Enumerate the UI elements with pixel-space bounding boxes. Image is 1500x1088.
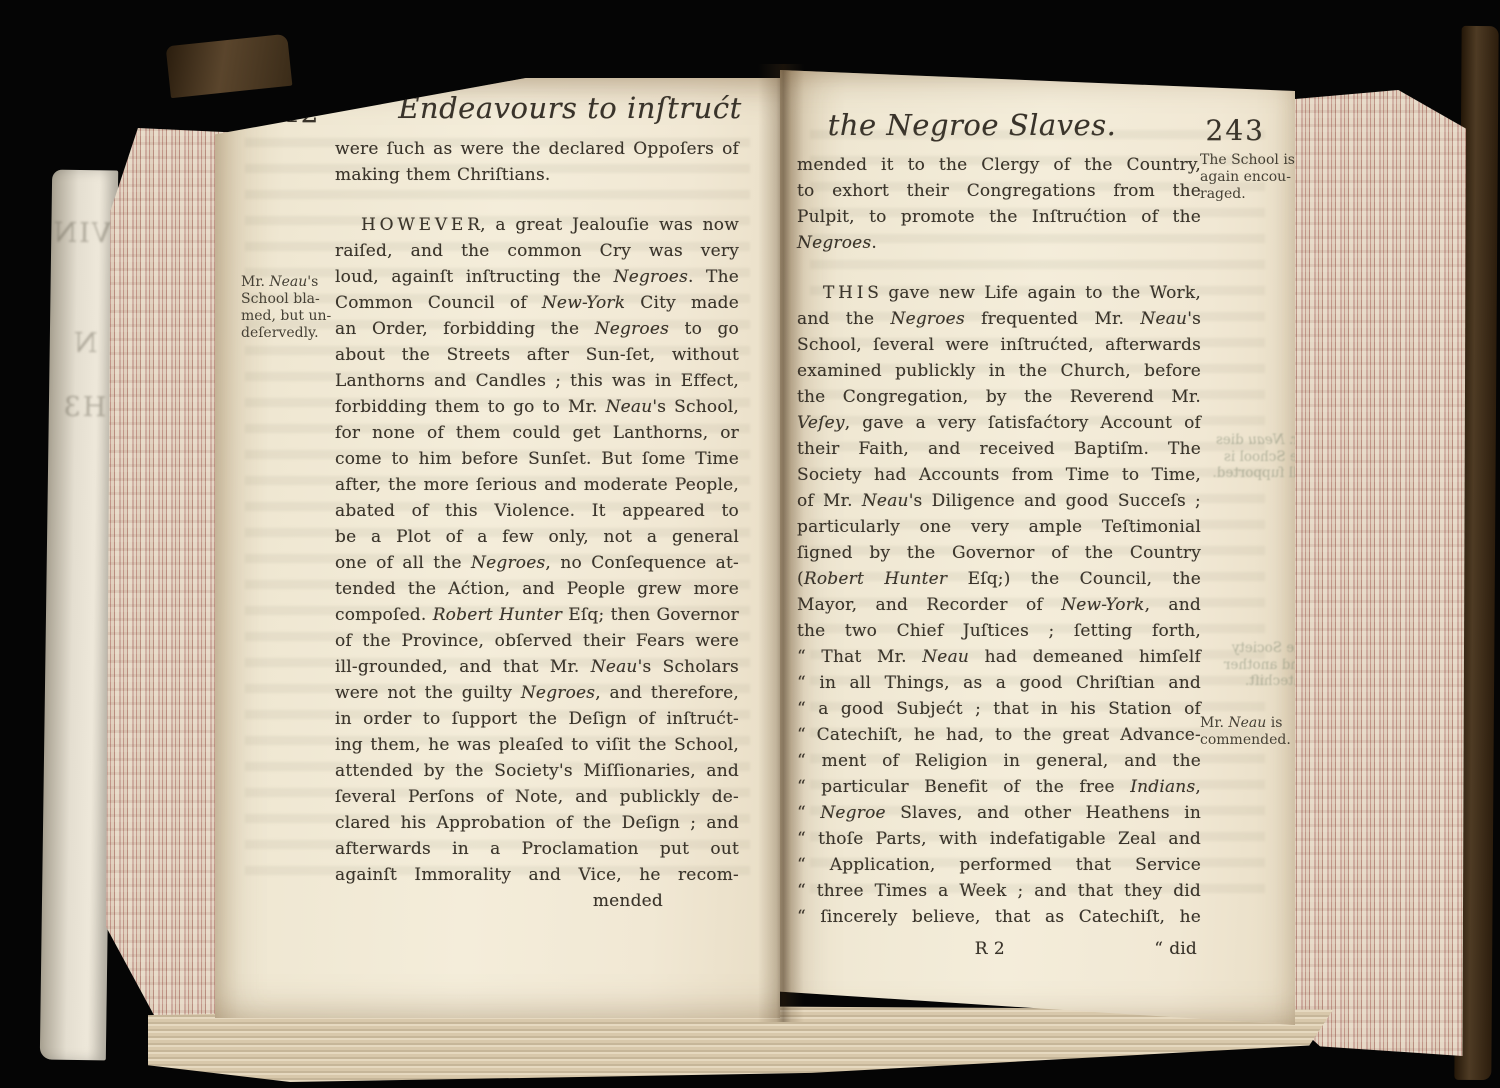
text-line: afterwards in a Proclamation put out (335, 836, 739, 862)
text-line: about the Streets after Sun-ſet, without (335, 342, 739, 368)
text-line: T H I S gave new Life again to the Work, (797, 280, 1201, 306)
text-line: making them Chriſtians. (335, 162, 739, 188)
text-line: for none of them could get Lanthorns, or (335, 420, 739, 446)
text-line: compoſed. Robert Hunter Eſq; then Govern… (335, 602, 739, 628)
text-line: “ in all Things, as a good Chriſtian and (797, 670, 1201, 696)
text-line: were not the guilty Negroes, and therefo… (335, 680, 739, 706)
body-text-right: mended it to the Clergy of the Country,t… (797, 152, 1201, 966)
text-line: Common Council of New-York City made (335, 290, 739, 316)
text-line: to exhort their Congregations from the (797, 178, 1201, 204)
book-photo: VIN N H3 242 Endeavours to inſtrućt Mr. … (0, 0, 1500, 1088)
text-line: “ ſincerely believe, that as Catechiſt, … (797, 904, 1201, 930)
page-number-right: 243 (1206, 114, 1265, 147)
text-line: “ Application, performed that Service (797, 852, 1201, 878)
text-line: “ ment of Religion in general, and the (797, 748, 1201, 774)
paragraph: T H I S gave new Life again to the Work,… (797, 280, 1201, 930)
margin-note-left: Mr. Neau'sSchool bla-med, but un-deſerve… (241, 274, 341, 342)
text-line: in order to ſupport the Deſign of inſtru… (335, 706, 739, 732)
text-line: Mr. Neau's (241, 274, 341, 291)
text-line: after, the more ſerious and moderate Peo… (335, 472, 739, 498)
flyleaf-ghost-letter: VIN (61, 218, 111, 250)
text-line: againſt Immorality and Vice, he recom- (335, 862, 739, 888)
text-line: “ a good Subjećt ; that in his Station o… (797, 696, 1201, 722)
text-line: Negroes. (797, 230, 1201, 256)
text-line: the two Chief Juſtices ; ſetting forth, (797, 618, 1201, 644)
text-line: again encou- (1200, 169, 1300, 186)
paragraph: H O W E V E R, a great Jealouſie was now… (335, 212, 739, 888)
catchword-right: “ did (1154, 936, 1197, 962)
text-line: med, but un- (241, 308, 341, 325)
text-line: ing them, he was pleaſed to viſit the Sc… (335, 732, 739, 758)
text-line: Mayor, and Recorder of New-York, and (797, 592, 1201, 618)
text-line: forbidding them to go to Mr. Neau's Scho… (335, 394, 739, 420)
text-line: “ particular Benefit of the free Indians… (797, 774, 1201, 800)
running-title-left: Endeavours to inſtrućt (370, 91, 770, 125)
text-line: mended it to the Clergy of the Country, (797, 152, 1201, 178)
text-line: ſeveral Perſons of Note, and publickly d… (335, 784, 739, 810)
text-line: loud, againſt inſtructing the Negroes. T… (335, 264, 739, 290)
text-line: an Order, forbidding the Negroes to go (335, 316, 739, 342)
margin-note-neau-commended: Mr. Neau iscommended. (1200, 715, 1300, 749)
signature-mark: R 2 (975, 936, 1005, 962)
text-line: raged. (1200, 186, 1300, 203)
text-line: deſervedly. (241, 325, 341, 342)
text-line: particularly one very ample Teſtimonial (797, 514, 1201, 540)
text-line: “ Negroe Slaves, and other Heathens in (797, 800, 1201, 826)
text-line: “ thoſe Parts, with indefatigable Zeal a… (797, 826, 1201, 852)
text-line: ill-grounded, and that Mr. Neau's Schola… (335, 654, 739, 680)
page-footer: R 2 “ did (797, 936, 1201, 966)
text-line: Mr. Neau is (1200, 715, 1300, 732)
text-line: The School is (1200, 152, 1300, 169)
text-line: and the Negroes frequented Mr. Neau's (797, 306, 1201, 332)
photo-canvas: { "photo": { "background_color": "#05050… (0, 0, 1500, 1088)
catchword-left: mended (335, 888, 739, 914)
text-line: “ three Times a Week ; and that they did (797, 878, 1201, 904)
text-line: tended the Aćtion, and People grew more (335, 576, 739, 602)
text-line: were ſuch as were the declared Oppoſers … (335, 136, 739, 162)
text-line: “ Catechiſt, he had, to the great Advanc… (797, 722, 1201, 748)
text-line: attended by the Society's Miſſionaries, … (335, 758, 739, 784)
text-line: clared his Approbation of the Deſign ; a… (335, 810, 739, 836)
margin-note-school-encouraged: The School isagain encou-raged. (1200, 152, 1300, 203)
flyleaf-ghost-letter: H3 (59, 392, 109, 424)
text-line: of the Province, obſerved their Fears we… (335, 628, 739, 654)
text-line: H O W E V E R, a great Jealouſie was now (335, 212, 739, 238)
text-line: “ That Mr. Neau had demeaned himſelf (797, 644, 1201, 670)
fore-edge-right (1288, 90, 1466, 1056)
text-line: School, ſeveral were inſtrućted, afterwa… (797, 332, 1201, 358)
text-line: be a Plot of a few only, not a general (335, 524, 739, 550)
text-line: Pulpit, to promote the Inſtrućtion of th… (797, 204, 1201, 230)
text-line: Society had Accounts from Time to Time, (797, 462, 1201, 488)
text-line: one of all the Negroes, no Conſequence a… (335, 550, 739, 576)
left-page: 242 Endeavours to inſtrućt Mr. Neau'sSch… (215, 78, 780, 1018)
text-line: Veſey, gave a very ſatisfaćtory Account … (797, 410, 1201, 436)
paragraph: mended it to the Clergy of the Country,t… (797, 152, 1201, 256)
gutter-shadow (758, 64, 804, 1022)
paragraph: were ſuch as were the declared Oppoſers … (335, 136, 739, 188)
text-line: Lanthorns and Candles ; this was in Effe… (335, 368, 739, 394)
text-line: examined publickly in the Church, before (797, 358, 1201, 384)
fore-edge-texture (1288, 90, 1466, 1056)
page-number-left: 242 (261, 96, 320, 129)
flyleaf-ghost-letter: N (60, 328, 110, 360)
text-line: the Congregation, by the Reverend Mr. (797, 384, 1201, 410)
running-title-right: the Negroe Slaves. (797, 108, 1147, 142)
text-line: commended. (1200, 732, 1300, 749)
text-line: of Mr. Neau's Diligence and good Succeſs… (797, 488, 1201, 514)
text-line: abated of this Violence. It appeared to (335, 498, 739, 524)
body-text-left: were ſuch as were the declared Oppoſers … (335, 136, 739, 914)
text-line: (Robert Hunter Eſq;) the Council, the (797, 566, 1201, 592)
text-line: raiſed, and the common Cry was very (335, 238, 739, 264)
right-page: the Negroe Slaves. 243 The School isagai… (780, 70, 1295, 1025)
leather-cover-corner-left (166, 34, 293, 98)
text-line: come to him before Sunſet. But ſome Time (335, 446, 739, 472)
text-line: School bla- (241, 291, 341, 308)
text-line: ſigned by the Governor of the Country (797, 540, 1201, 566)
text-line: their Faith, and received Baptiſm. The (797, 436, 1201, 462)
